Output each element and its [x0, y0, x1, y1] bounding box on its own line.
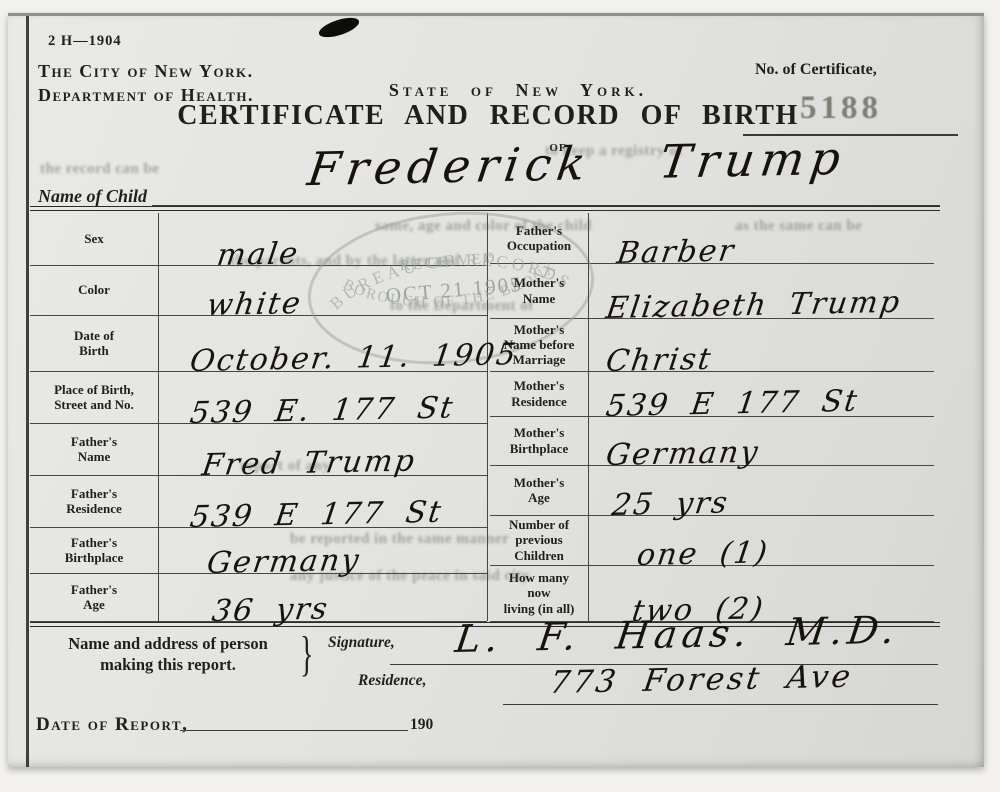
- brace-glyph: }: [300, 628, 313, 684]
- field-label: Place of Birth, Street and No.: [54, 382, 134, 413]
- field-label: Number of previous Children: [509, 517, 569, 563]
- name-of-child-label: Name of Child: [38, 186, 147, 207]
- field-label: Mother's Age: [514, 475, 565, 506]
- field-label: Sex: [84, 231, 104, 246]
- ink-blot: [317, 14, 362, 41]
- residence-label: Residence,: [358, 672, 426, 690]
- table-row: Father's Birthplace Germany: [30, 527, 487, 574]
- field-value-handwriting: Fred Trump: [200, 447, 418, 481]
- field-value-handwriting: October. 11. 1905: [188, 340, 519, 377]
- agency-name: The City of New York.: [38, 61, 254, 82]
- stamp-received-text: RECEIVED: [399, 250, 498, 274]
- field-label: Mother's Birthplace: [510, 425, 569, 456]
- field-label: Father's Birthplace: [65, 535, 124, 566]
- signature-handwriting: L. F. Haas. M.D.: [453, 611, 902, 658]
- certificate-paper: to keep a registry of the record can be …: [8, 13, 984, 767]
- table-row: Father's Residence 539 E 177 St: [30, 475, 487, 528]
- field-label: How many now living (in all): [504, 570, 575, 616]
- residence-rule: [503, 704, 938, 705]
- field-label: Color: [78, 282, 110, 297]
- certificate-number-label: No. of Certificate,: [755, 61, 877, 79]
- table-row: Mother's Age 25 yrs: [490, 465, 934, 516]
- signature-label: Signature,: [328, 634, 395, 652]
- field-value-handwriting: 36 yrs: [210, 595, 331, 627]
- field-value-handwriting: 25 yrs: [610, 489, 731, 521]
- certificate-number-value: 5188: [800, 90, 882, 127]
- name-of-child-handwriting: Frederick Trump: [263, 134, 891, 193]
- table-row: Place of Birth, Street and No. 539 E. 17…: [30, 371, 487, 424]
- date-of-report-label: Date of Report,: [36, 714, 188, 736]
- field-value-handwriting: 539 E 177 St: [604, 387, 861, 422]
- field-label: Mother's Residence: [511, 378, 567, 409]
- field-value-handwriting: 539 E 177 St: [188, 498, 445, 533]
- field-label: Father's Residence: [66, 486, 122, 517]
- table-row: Number of previous Children one (1): [490, 515, 934, 566]
- field-label: Father's Occupation: [507, 223, 571, 254]
- field-value-handwriting: Barber: [615, 237, 737, 269]
- photographed-birth-certificate: to keep a registry of the record can be …: [0, 0, 1000, 792]
- field-value-handwriting: 539 E. 177 St: [188, 393, 456, 429]
- field-label: Mother's Name: [514, 275, 565, 306]
- table-row: Mother's Residence 539 E 177 St: [490, 371, 934, 417]
- table-right-column: Father's Occupation Barber Mother's Name…: [490, 213, 934, 621]
- bleed-through-text: the record can be: [40, 161, 159, 178]
- table-row: Mother's Birthplace Germany: [490, 416, 934, 466]
- form-code: 2 H—1904: [48, 33, 122, 50]
- field-value-handwriting: Christ: [604, 345, 714, 377]
- field-value-handwriting: male: [215, 239, 301, 271]
- table-row: Father's Age 36 yrs: [30, 573, 487, 622]
- document-title: CERTIFICATE AND RECORD OF BIRTH: [108, 100, 868, 132]
- field-value-handwriting: one (1): [635, 538, 771, 571]
- date-of-report-year-prefix: 190: [410, 716, 433, 734]
- field-value-handwriting: Elizabeth Trump: [604, 288, 903, 324]
- residence-handwriting: 773 Forest Ave: [548, 662, 855, 699]
- date-of-report-rule: [180, 730, 408, 731]
- table-row: Mother's Name before Marriage Christ: [490, 318, 934, 372]
- table-row: Father's Name Fred Trump: [30, 423, 487, 476]
- state-title: State of New York.: [268, 80, 768, 101]
- table-row: Mother's Name Elizabeth Trump: [490, 263, 934, 319]
- field-label: Father's Name: [71, 434, 117, 465]
- report-maker-label: Name and address of person making this r…: [33, 634, 303, 675]
- field-label: Father's Age: [71, 582, 117, 613]
- field-value-handwriting: white: [205, 289, 304, 321]
- page-binding-line: [26, 16, 29, 767]
- table-row: Father's Occupation Barber: [490, 213, 934, 264]
- field-value-handwriting: Germany: [604, 438, 761, 471]
- field-value-handwriting: Germany: [205, 546, 362, 579]
- field-label: Date of Birth: [74, 328, 114, 359]
